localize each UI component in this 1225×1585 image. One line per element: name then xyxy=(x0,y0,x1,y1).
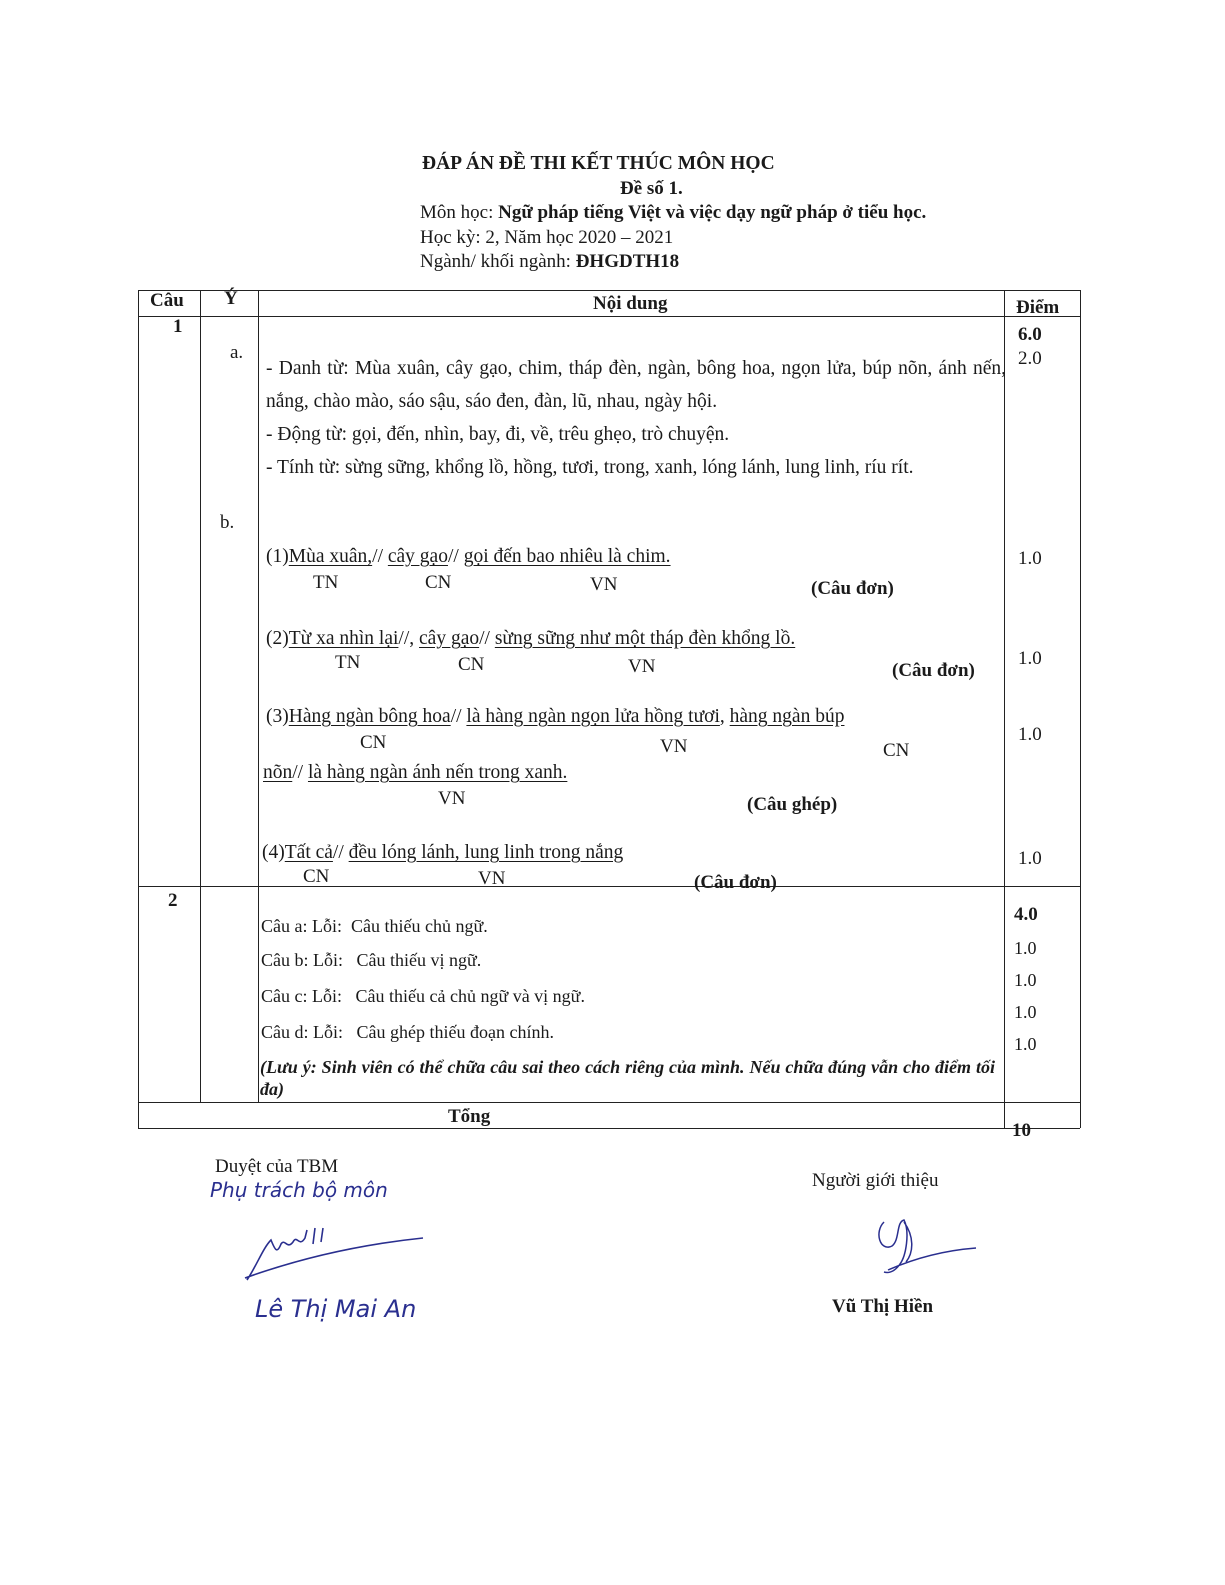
item-label: Câu b: Lỗi: xyxy=(261,950,343,970)
sentence-type: (Câu đơn) xyxy=(892,660,975,682)
phrase-vn: gọi đến bao nhiêu là chim. xyxy=(464,546,671,567)
q2-item-b-score: 1.0 xyxy=(1014,970,1037,991)
tag-cn: CN xyxy=(360,732,386,754)
q1-part-b-label: b. xyxy=(220,512,234,534)
sentence-number: (1) xyxy=(266,546,289,567)
total-divider xyxy=(138,1102,1080,1103)
sentence-score: 1.0 xyxy=(1018,724,1042,746)
table-border-bottom xyxy=(138,1128,1080,1129)
sentence-2: (2)Từ xa nhìn lại//, cây gạo// sừng sững… xyxy=(266,628,795,650)
item-text: Câu ghép thiếu đoạn chính. xyxy=(357,1022,554,1042)
phrase-cn: Hàng ngàn bông hoa xyxy=(289,706,451,727)
header-diem: Điểm xyxy=(1016,297,1059,319)
sentence-score: 1.0 xyxy=(1018,548,1042,570)
subject-line: Môn học: Ngữ pháp tiếng Việt và việc dạy… xyxy=(420,201,1020,226)
tag-cn: CN xyxy=(458,654,484,676)
document-header: ĐÁP ÁN ĐỀ THI KẾT THÚC MÔN HỌC Đề số 1. … xyxy=(420,152,1020,275)
phrase-cn: hàng ngàn búp xyxy=(730,706,845,727)
exam-number: Đề số 1. xyxy=(420,177,1020,202)
header-noi-dung: Nội dung xyxy=(593,293,667,315)
semester-line: Học kỳ: 2, Năm học 2020 – 2021 xyxy=(420,226,1020,251)
sentence-type: (Câu đơn) xyxy=(694,872,777,894)
separator: // xyxy=(292,762,308,783)
item-label: Câu a: Lỗi: xyxy=(261,916,342,936)
q2-item-b: Câu b: Lỗi: Câu thiếu vị ngữ. xyxy=(261,950,481,971)
phrase-tn: Từ xa nhìn lại xyxy=(289,628,399,649)
q2-item-a: Câu a: Lỗi: Câu thiếu chủ ngữ. xyxy=(261,916,488,937)
sentence-number: (4) xyxy=(262,842,285,863)
subject-name: Ngữ pháp tiếng Việt và việc dạy ngữ pháp… xyxy=(498,202,926,223)
tag-cn: CN xyxy=(303,866,329,888)
tag-cn: CN xyxy=(425,572,451,594)
phrase-cn: nõn xyxy=(263,762,292,783)
sentence-type: (Câu đơn) xyxy=(811,578,894,600)
header-divider xyxy=(138,316,1080,317)
sentence-type: (Câu ghép) xyxy=(747,794,837,816)
phrase-cn: cây gạo xyxy=(388,546,448,567)
item-text: Câu thiếu chủ ngữ. xyxy=(351,916,488,936)
separator: // xyxy=(448,546,464,567)
col-divider-y xyxy=(258,290,259,1102)
sentence-4: (4)Tất cả// đều lóng lánh, lung linh tro… xyxy=(262,842,623,864)
table-border-left xyxy=(138,290,139,1128)
separator: // xyxy=(451,706,467,727)
subject-label: Môn học: xyxy=(420,202,498,223)
q1-q2-divider xyxy=(138,886,1080,887)
phrase-tn: Mùa xuân, xyxy=(289,546,372,567)
tag-tn: TN xyxy=(335,652,360,674)
header-y: Ý xyxy=(224,288,238,310)
phrase-cn: cây gạo xyxy=(419,628,479,649)
sentence-3-line-2: nõn// là hàng ngàn ánh nến trong xanh. xyxy=(263,762,567,784)
q1-part-a-label: a. xyxy=(230,342,243,364)
col-divider-cau xyxy=(200,290,201,1102)
separator: // xyxy=(479,628,495,649)
separator: //, xyxy=(398,628,419,649)
q2-item-c-score: 1.0 xyxy=(1014,1002,1037,1023)
q2-number: 2 xyxy=(168,890,178,912)
tag-cn: CN xyxy=(883,740,909,762)
item-label: Câu c: Lỗi: xyxy=(261,986,342,1006)
document-title: ĐÁP ÁN ĐỀ THI KẾT THÚC MÔN HỌC xyxy=(420,152,1020,177)
header-cau: Câu xyxy=(150,290,184,312)
danh-tu-list: - Danh từ: Mùa xuân, cây gạo, chim, tháp… xyxy=(266,352,1006,418)
approval-title: Duyệt của TBM xyxy=(215,1156,338,1178)
table-border-top xyxy=(138,290,1080,291)
q2-item-d-score: 1.0 xyxy=(1014,1034,1037,1055)
item-text: Câu thiếu cả chủ ngữ và vị ngữ. xyxy=(355,986,584,1006)
answer-table: Câu Ý Nội dung Điểm 1 6.0 a. 2.0 - Danh … xyxy=(138,290,1080,1130)
sentence-number: (2) xyxy=(266,628,289,649)
separator: , xyxy=(720,706,730,727)
handwritten-name: Lê Thị Mai An xyxy=(255,1295,416,1323)
q1-part-a-score: 2.0 xyxy=(1018,348,1042,370)
q2-note: (Lưu ý: Sinh viên có thể chữa câu sai th… xyxy=(260,1056,995,1100)
q1-total-score: 6.0 xyxy=(1018,324,1042,346)
sentence-1: (1)Mùa xuân,// cây gạo// gọi đến bao nhi… xyxy=(266,546,671,568)
handwritten-note: Phụ trách bộ môn xyxy=(210,1178,388,1202)
total-score: 10 xyxy=(1012,1120,1031,1142)
sentence-3-line-1: (3)Hàng ngàn bông hoa// là hàng ngàn ngọ… xyxy=(266,706,844,728)
tag-vn: VN xyxy=(590,574,617,596)
tag-vn: VN xyxy=(438,788,465,810)
phrase-cn: Tất cả xyxy=(285,842,333,863)
item-label: Câu d: Lỗi: xyxy=(261,1022,343,1042)
tag-vn: VN xyxy=(478,868,505,890)
phrase-vn: đều lóng lánh, lung linh trong nắng xyxy=(349,842,624,863)
signature-right-icon xyxy=(870,1212,980,1282)
q2-item-d: Câu d: Lỗi: Câu ghép thiếu đoạn chính. xyxy=(261,1022,554,1043)
total-label: Tổng xyxy=(448,1106,490,1128)
separator: // xyxy=(333,842,349,863)
phrase-vn: là hàng ngàn ngọn lửa hồng tươi xyxy=(466,706,720,727)
q2-item-c: Câu c: Lỗi: Câu thiếu cả chủ ngữ và vị n… xyxy=(261,986,585,1007)
q2-total-score: 4.0 xyxy=(1014,904,1038,926)
tag-vn: VN xyxy=(660,736,687,758)
phrase-vn: là hàng ngàn ánh nến trong xanh. xyxy=(308,762,567,783)
dong-tu-list: - Động từ: gọi, đến, nhìn, bay, đi, về, … xyxy=(266,418,1006,451)
tinh-tu-list: - Tính từ: sừng sững, khổng lồ, hồng, tư… xyxy=(266,451,1006,484)
introducer-title: Người giới thiệu xyxy=(812,1170,938,1192)
q1-number: 1 xyxy=(173,316,183,338)
tag-tn: TN xyxy=(313,572,338,594)
sentence-score: 1.0 xyxy=(1018,848,1042,870)
table-border-right xyxy=(1080,290,1081,1128)
q2-item-a-score: 1.0 xyxy=(1014,938,1037,959)
signature-left-icon xyxy=(235,1220,435,1290)
item-text: Câu thiếu vị ngữ. xyxy=(357,950,482,970)
introducer-name: Vũ Thị Hiền xyxy=(832,1296,933,1318)
major-line: Ngành/ khối ngành: ĐHGDTH18 xyxy=(420,250,1020,275)
tag-vn: VN xyxy=(628,656,655,678)
q1a-answer: - Danh từ: Mùa xuân, cây gạo, chim, tháp… xyxy=(266,352,1006,484)
sentence-number: (3) xyxy=(266,706,289,727)
major-label: Ngành/ khối ngành: xyxy=(420,251,576,272)
major-code: ĐHGDTH18 xyxy=(576,251,679,272)
separator: // xyxy=(372,546,388,567)
sentence-score: 1.0 xyxy=(1018,648,1042,670)
phrase-vn: sừng sững như một tháp đèn khổng lồ. xyxy=(495,628,795,649)
